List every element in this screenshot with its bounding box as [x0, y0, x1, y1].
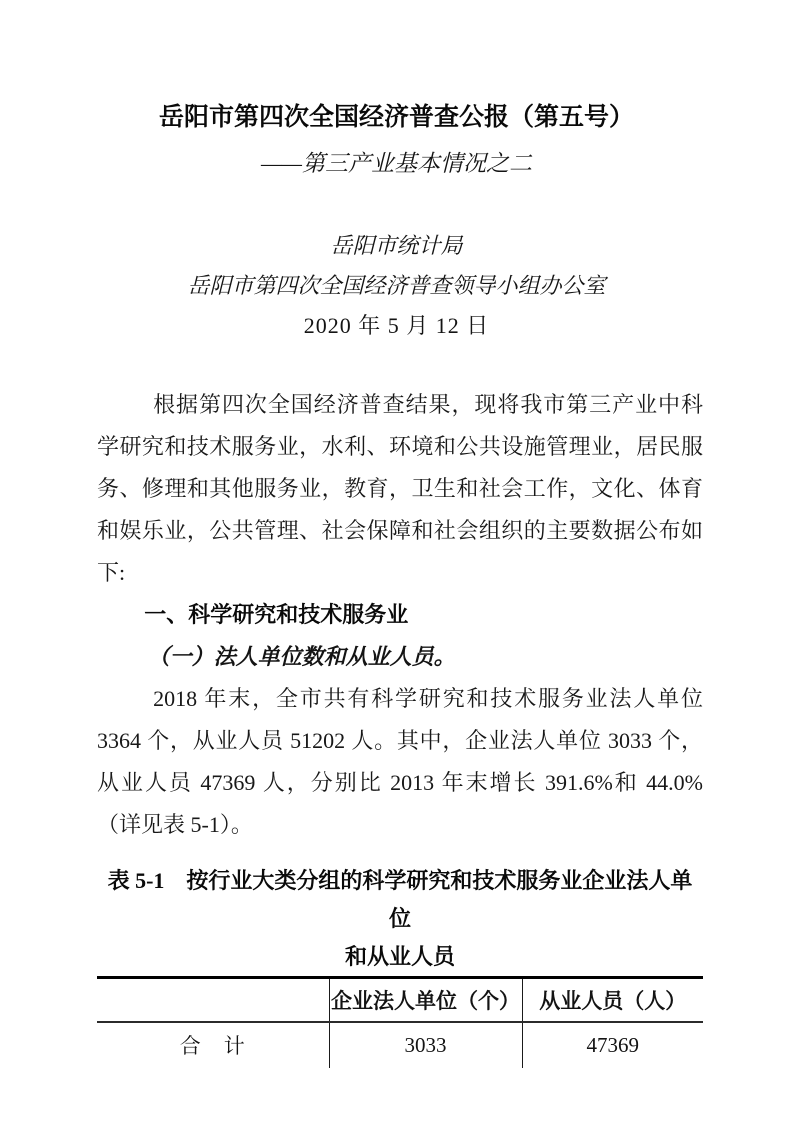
table-header-employees: 从业人员（人） [522, 978, 703, 1022]
section-1-paragraph: 2018 年末，全市共有科学研究和技术服务业法人单位 3364 个，从业人员 5… [97, 678, 703, 846]
document-page: 岳阳市第四次全国经济普查公报（第五号） ——第三产业基本情况之二 岳阳市统计局 … [0, 0, 793, 1122]
table-cell-total-employees: 47369 [522, 1022, 703, 1068]
issuer-line-census-leading-group: 岳阳市第四次全国经济普查领导小组办公室 [0, 266, 793, 306]
document-subtitle: ——第三产业基本情况之二 [0, 146, 793, 182]
section-1-subheading: （一）法人单位数和从业人员。 [97, 636, 703, 678]
document-title: 岳阳市第四次全国经济普查公报（第五号） [0, 101, 793, 133]
table-header-row: 企业法人单位（个） 从业人员（人） [97, 978, 703, 1022]
table-header-stub [97, 978, 329, 1022]
publish-date: 2020 年 5 月 12 日 [0, 306, 793, 346]
table-header-enterprise-legal-units: 企业法人单位（个） [329, 978, 522, 1022]
issuer-block: 岳阳市统计局 岳阳市第四次全国经济普查领导小组办公室 2020 年 5 月 12… [0, 226, 793, 346]
table-caption-line-1: 表 5-1 按行业大类分组的科学研究和技术服务业企业法人单位 [97, 862, 703, 938]
intro-paragraph: 根据第四次全国经济普查结果，现将我市第三产业中科学研究和技术服务业，水利、环境和… [97, 384, 703, 594]
table-caption: 表 5-1 按行业大类分组的科学研究和技术服务业企业法人单位 和从业人员 [97, 862, 703, 976]
table-cell-total-label: 合 计 [97, 1022, 329, 1068]
table-row-total: 合 计 3033 47369 [97, 1022, 703, 1068]
section-1-heading: 一、科学研究和技术服务业 [97, 594, 703, 636]
table-caption-line-2: 和从业人员 [97, 938, 703, 976]
table-cell-total-legal-units: 3033 [329, 1022, 522, 1068]
issuer-line-statistics-bureau: 岳阳市统计局 [0, 226, 793, 266]
table-5-1: 企业法人单位（个） 从业人员（人） 合 计 3033 47369 [97, 976, 703, 1068]
